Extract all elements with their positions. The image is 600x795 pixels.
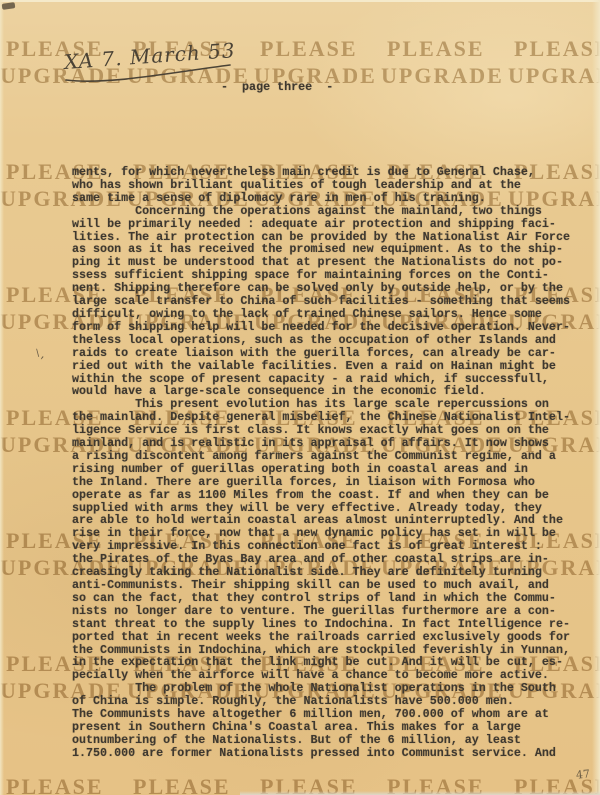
watermark-text: PLEASE xyxy=(260,774,358,795)
watermark-text: PLEASE xyxy=(6,774,104,795)
scan-edge-left xyxy=(0,0,4,795)
page-header: - page three - xyxy=(221,80,333,94)
watermark-text: PLEASE xyxy=(260,36,358,62)
watermark-text: PLEASE xyxy=(387,36,485,62)
scan-edge-top xyxy=(0,0,600,2)
scanned-document-page: PLEASEPLEASEPLEASEPLEASEPLEASEUPGRADEUPG… xyxy=(0,0,600,795)
stray-pencil-mark: \‚ xyxy=(33,349,47,363)
handwritten-annotation: XA 7. March 53 xyxy=(63,38,236,74)
watermark-text: UPGRADE xyxy=(508,63,600,89)
watermark-text: PLEASE xyxy=(514,36,600,62)
watermark-text: PLEASE xyxy=(387,774,485,795)
watermark-text: UPGRADE xyxy=(381,63,504,89)
scan-edge-right xyxy=(592,0,600,795)
watermark-text: PLEASE xyxy=(133,774,231,795)
scan-edge-bottom xyxy=(240,791,600,795)
document-body-text: ments, for which nevertheless main credi… xyxy=(72,166,570,760)
corner-smudge-mark xyxy=(2,2,16,10)
page-number: 47 xyxy=(575,767,590,781)
